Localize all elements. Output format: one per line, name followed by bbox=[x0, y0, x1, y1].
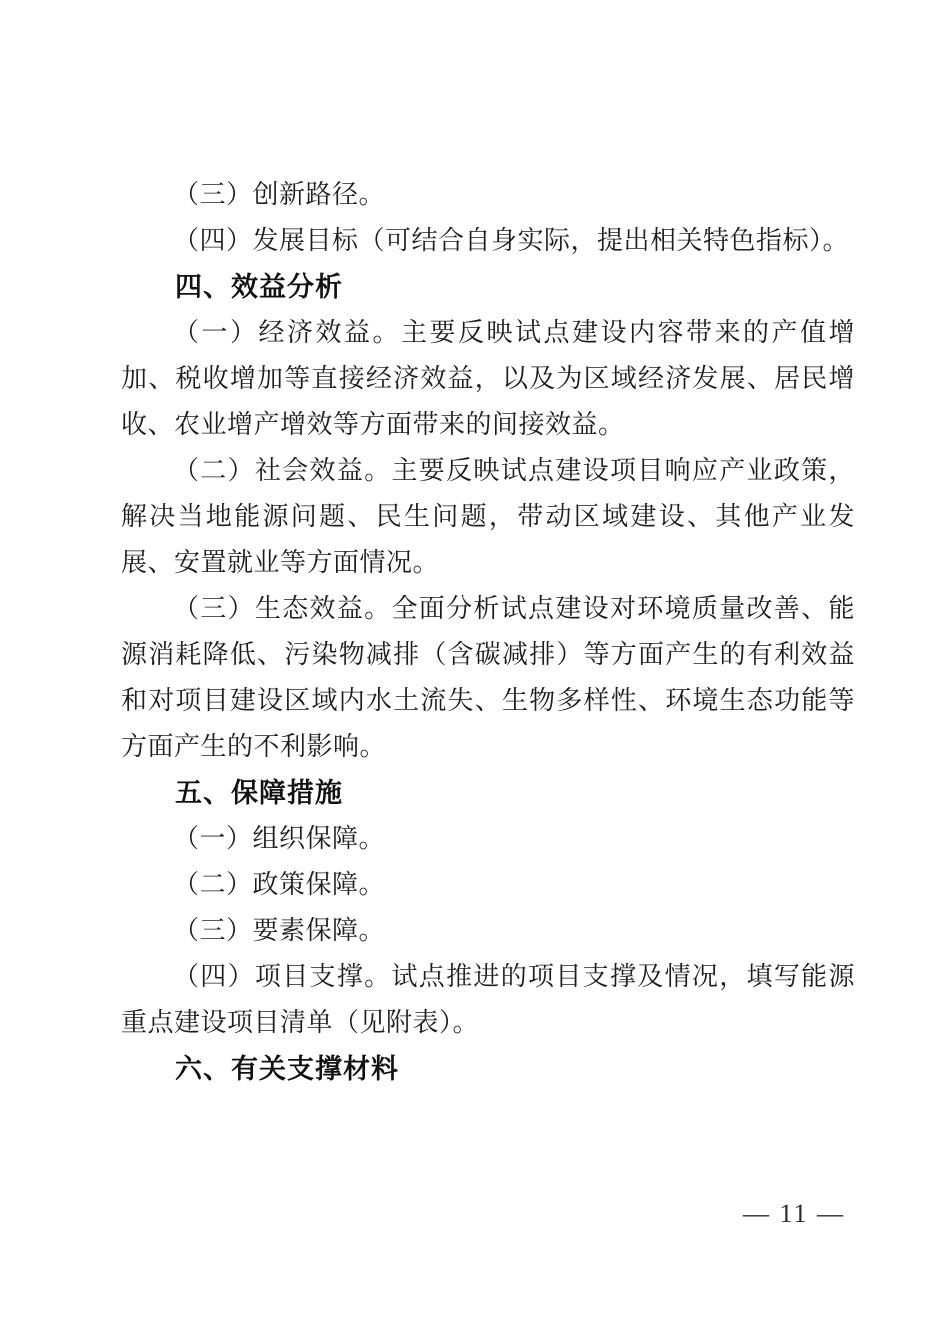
paragraph-economic-benefit: （一）经济效益。主要反映试点建设内容带来的产值增加、税收增加等直接经济效益，以及… bbox=[121, 310, 855, 448]
list-item-organizational-safeguard: （一）组织保障。 bbox=[121, 816, 855, 862]
paragraph-project-support: （四）项目支撑。试点推进的项目支撑及情况，填写能源重点建设项目清单（见附表）。 bbox=[121, 954, 855, 1046]
section-heading-benefit-analysis: 四、效益分析 bbox=[121, 264, 855, 310]
page-number: — 11 — bbox=[743, 1196, 845, 1232]
list-item-3-innovation-path: （三）创新路径。 bbox=[121, 172, 855, 218]
list-item-element-safeguard: （三）要素保障。 bbox=[121, 908, 855, 954]
section-heading-supporting-materials: 六、有关支撑材料 bbox=[121, 1046, 855, 1092]
paragraph-ecological-benefit: （三）生态效益。全面分析试点建设对环境质量改善、能源消耗降低、污染物减排（含碳减… bbox=[121, 586, 855, 770]
list-item-policy-safeguard: （二）政策保障。 bbox=[121, 862, 855, 908]
section-heading-safeguard-measures: 五、保障措施 bbox=[121, 770, 855, 816]
document-page: （三）创新路径。 （四）发展目标（可结合自身实际，提出相关特色指标）。 四、效益… bbox=[0, 0, 949, 1344]
document-body: （三）创新路径。 （四）发展目标（可结合自身实际，提出相关特色指标）。 四、效益… bbox=[121, 172, 855, 1092]
list-item-4-development-goals: （四）发展目标（可结合自身实际，提出相关特色指标）。 bbox=[121, 218, 855, 264]
paragraph-social-benefit: （二）社会效益。主要反映试点建设项目响应产业政策，解决当地能源问题、民生问题，带… bbox=[121, 448, 855, 586]
